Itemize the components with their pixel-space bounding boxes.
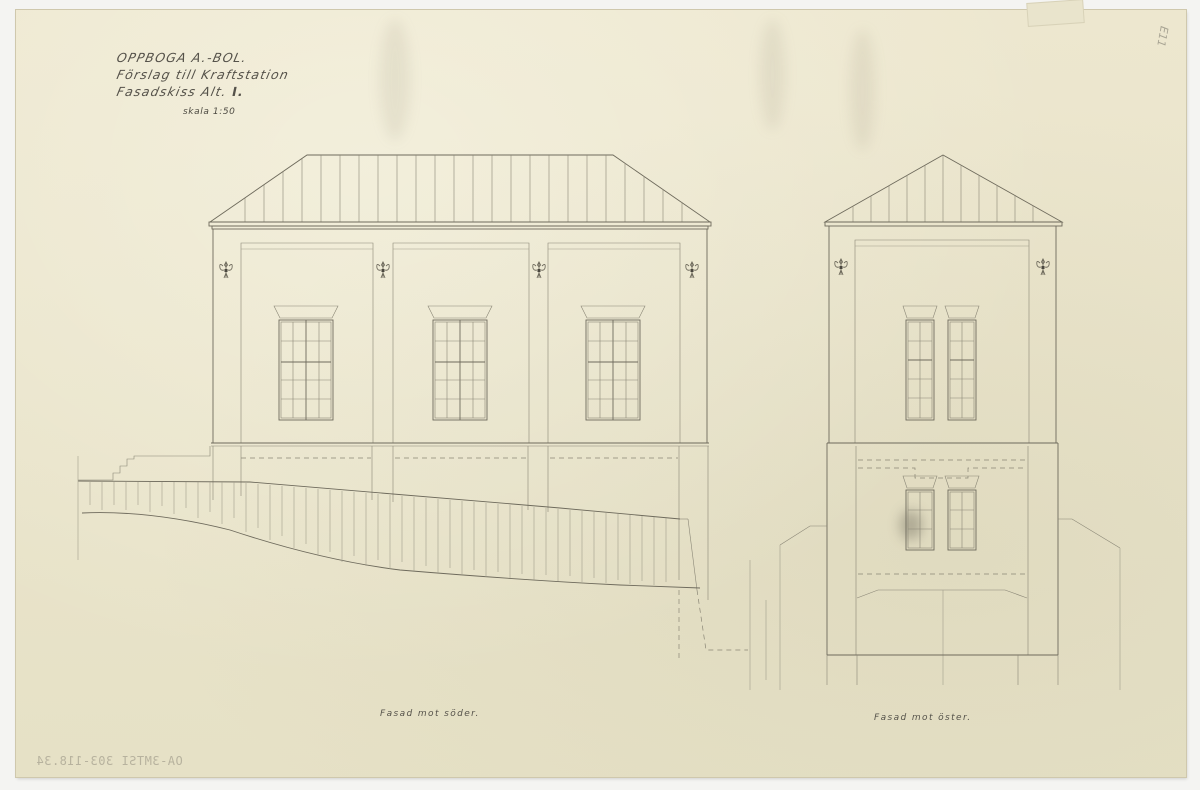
archive-number: OA-3MTSI 303-118.34	[36, 754, 183, 768]
south-elevation	[78, 155, 766, 690]
east-elevation	[780, 155, 1120, 690]
caption-east-facade: Fasad mot öster.	[874, 713, 972, 723]
elevation-drawings	[0, 0, 1200, 790]
caption-south-facade: Fasad mot söder.	[380, 709, 480, 719]
